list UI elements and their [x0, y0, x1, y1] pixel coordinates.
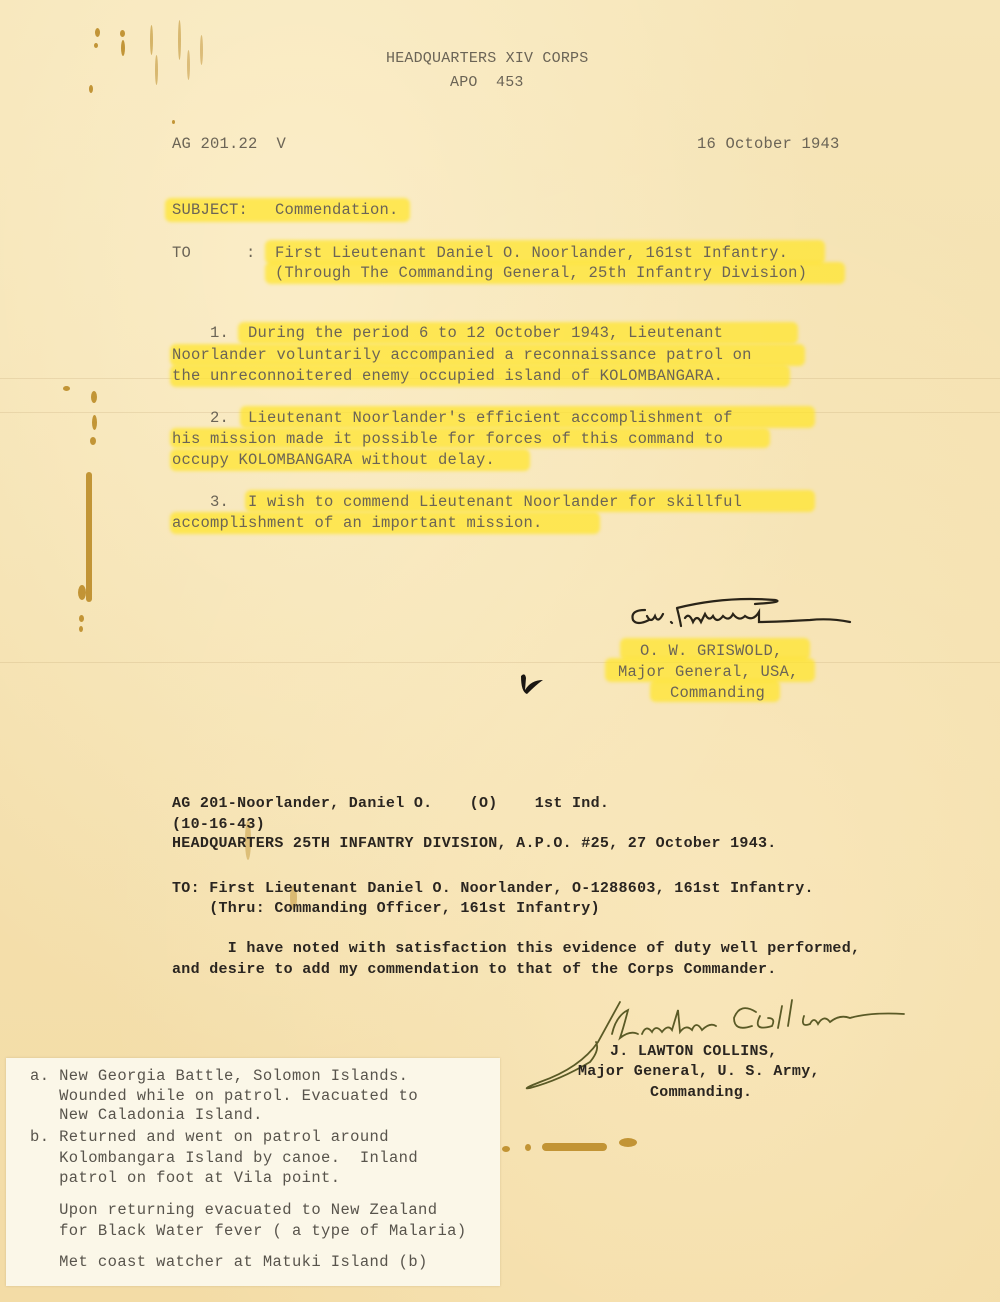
subject-label: SUBJECT:: [172, 201, 248, 219]
note-line: Upon returning evacuated to New Zealand: [30, 1201, 437, 1219]
annotation-note-card: a. New Georgia Battle, Solomon Islands. …: [6, 1058, 500, 1286]
to-colon: :: [246, 244, 256, 262]
note-line: New Caladonia Island.: [30, 1106, 263, 1124]
indorsement-ref-date: (10-16-43): [172, 816, 265, 833]
letterhead-line2: APO 453: [450, 74, 524, 91]
indorsement-signer-rank: Major General, U. S. Army,: [578, 1063, 820, 1080]
note-line: a. New Georgia Battle, Solomon Islands.: [30, 1067, 408, 1085]
note-line: patrol on foot at Vila point.: [30, 1169, 340, 1187]
signer-name: O. W. GRISWOLD,: [640, 642, 783, 660]
subject-value: Commendation.: [275, 201, 399, 219]
indorsement-hq-line: HEADQUARTERS 25TH INFANTRY DIVISION, A.P…: [172, 835, 777, 852]
note-line: Kolombangara Island by canoe. Inland: [30, 1149, 418, 1167]
document-page: HEADQUARTERS XIV CORPS APO 453 AG 201.22…: [0, 0, 1000, 1302]
note-line: for Black Water fever ( a type of Malari…: [30, 1222, 467, 1240]
note-line: Met coast watcher at Matuki Island (b): [30, 1253, 428, 1271]
indorsement-body-line1: I have noted with satisfaction this evid…: [172, 940, 860, 957]
to-through: (Through The Commanding General, 25th In…: [275, 264, 807, 282]
check-mark-icon: [517, 670, 549, 696]
signature-griswold: [625, 592, 865, 632]
letter-date: 16 October 1943: [697, 135, 840, 153]
file-reference: AG 201.22 V: [172, 135, 286, 153]
note-line: b. Returned and went on patrol around: [30, 1128, 389, 1146]
indorsement-body-line2: and desire to add my commendation to tha…: [172, 961, 777, 978]
indorsement-to: TO: First Lieutenant Daniel O. Noorlande…: [172, 880, 814, 897]
to-label: TO: [172, 244, 191, 262]
letterhead-line1: HEADQUARTERS XIV CORPS: [386, 50, 588, 67]
to-recipient: First Lieutenant Daniel O. Noorlander, 1…: [275, 244, 788, 262]
note-line: Wounded while on patrol. Evacuated to: [30, 1087, 418, 1105]
indorsement-signer-role: Commanding.: [650, 1084, 752, 1101]
indorsement-signer-name: J. LAWTON COLLINS,: [610, 1043, 777, 1060]
fold-line: [0, 662, 1000, 663]
indorsement-ref: AG 201-Noorlander, Daniel O. (O) 1st Ind…: [172, 795, 609, 812]
indorsement-thru: (Thru: Commanding Officer, 161st Infantr…: [172, 900, 600, 917]
signer-rank: Major General, USA,: [618, 663, 799, 681]
signer-role: Commanding: [670, 684, 765, 702]
